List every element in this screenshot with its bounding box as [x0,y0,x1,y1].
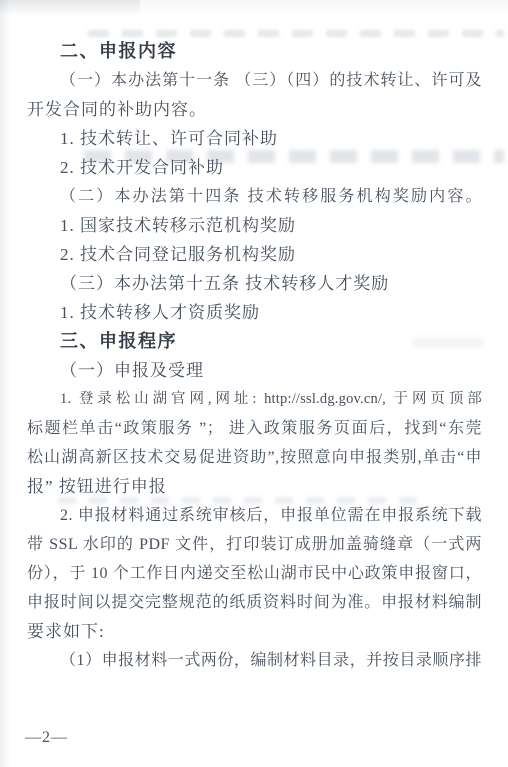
section-heading-application-procedure: 三、申报程序 [27,327,482,356]
paragraph-line: （三）本办法第十五条 技术转移人才奖励 [27,269,482,298]
paragraph-line: 标题栏单击“政策服务 ”； 进入政策服务页面后，找到“东莞 [27,414,482,443]
list-item-line: 2. 技术开发合同补助 [27,153,482,182]
paragraph-line: （1）申报材料一式两份，编制材料目录，并按目录顺序排 [27,646,482,675]
scan-shadow-left [0,0,10,767]
list-item-line: 2. 技术合同登记服务机构奖励 [27,240,482,269]
paragraph-line: 开发合同的补助内容。 [27,95,482,124]
document-body: 二、申报内容 （一）本办法第十一条 （三）（四）的技术转让、许可及 开发合同的补… [27,37,482,675]
section-heading-application-content: 二、申报内容 [27,37,482,66]
paragraph-line: 份），于 10 个工作日内递交至松山湖市民中心政策申报窗口， [27,559,482,588]
list-item-line: 1. 国家技术转移示范机构奖励 [27,211,482,240]
bleedthrough-artifact [88,30,504,37]
paragraph-line: 带 SSL 水印的 PDF 文件，打印装订成册加盖骑缝章（一式两 [27,530,482,559]
list-item-line: 1. 技术转移人才资质奖励 [27,298,482,327]
paragraph-line: 申报时间以提交完整规范的纸质资料时间为准。申报材料编制 [27,588,482,617]
paragraph-line: 报” 按钮进行申报 [27,472,482,501]
page-number: —2— [25,729,68,747]
list-item-line: 1. 技术转让、许可合同补助 [27,124,482,153]
paragraph-line: 要求如下: [27,617,482,646]
scan-shadow-top [0,0,140,16]
paragraph-line: （二）本办法第十四条 技术转移服务机构奖励内容。 [27,182,482,211]
paragraph-line-with-url: 1. 登录松山湖官网,网址: http://ssl.dg.gov.cn/, 于网… [27,385,482,414]
paragraph-line: 2. 申报材料通过系统审核后，申报单位需在申报系统下载 [27,501,482,530]
paragraph-line: （一）申报及受理 [27,356,482,385]
paragraph-line: （一）本办法第十一条 （三）（四）的技术转让、许可及 [27,66,482,95]
paragraph-line: 松山湖高新区技术交易促进资助”,按照意向申报类别,单击“申 [27,443,482,472]
scanned-document-page: 二、申报内容 （一）本办法第十一条 （三）（四）的技术转让、许可及 开发合同的补… [0,0,508,767]
